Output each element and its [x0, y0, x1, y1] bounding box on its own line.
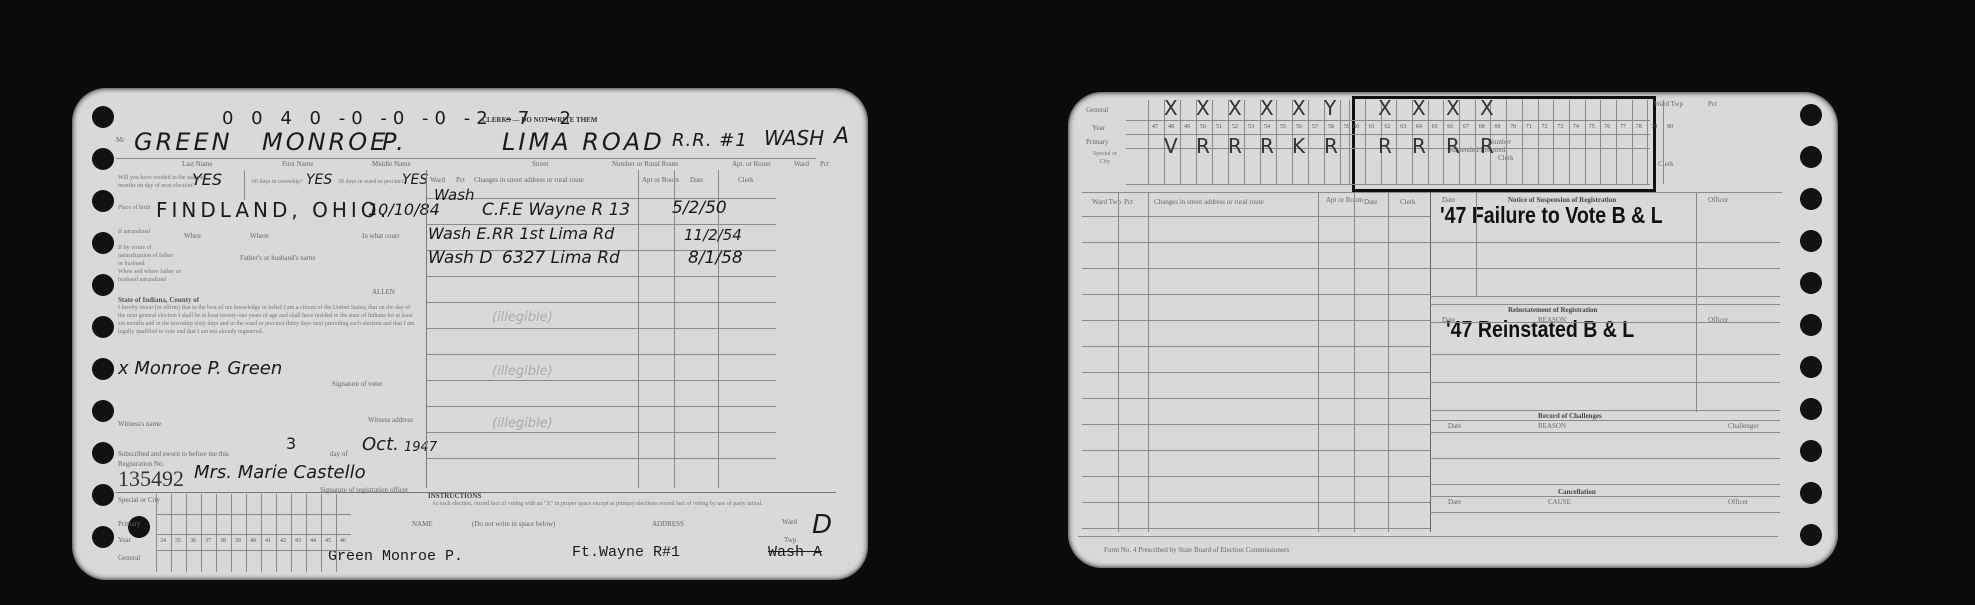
change-1-ward: Wash: [434, 186, 475, 204]
label-last-name: Last Name: [182, 160, 213, 168]
col-date: Date: [1364, 198, 1377, 206]
answer-days-ward: YES: [402, 172, 428, 188]
place-of-birth: FINDLAND, OHIO.: [156, 198, 390, 222]
oath-heading: State of Indiana, County of: [118, 296, 199, 304]
grid-label-year: Year: [1092, 124, 1105, 132]
precinct-value: A: [834, 124, 849, 149]
general-vote-mark: X: [1196, 96, 1210, 120]
primary-vote-mark: R: [1196, 134, 1210, 158]
label-witness-address: Witness address: [368, 416, 413, 424]
primary-vote-mark: K: [1292, 134, 1305, 158]
punch-hole: [92, 358, 114, 380]
faint-entry: (illegible): [492, 364, 553, 379]
cancellation-officer-label: Officer: [1728, 498, 1748, 506]
general-vote-mark: X: [1228, 96, 1242, 120]
vote-year-cell: 51: [1212, 124, 1226, 130]
registration-officer-signature: Mrs. Marie Castello: [194, 462, 366, 483]
typed-ward: Wash A: [768, 544, 822, 561]
change-1-address: C.F.E Wayne R 13: [482, 200, 630, 220]
label-middle-name: Middle Name: [372, 160, 411, 168]
change-2-date: 11/2/54: [684, 226, 742, 244]
vote-year-cell: 65: [1428, 124, 1442, 130]
punch-hole: [92, 106, 114, 128]
punch-hole: [92, 400, 114, 422]
grid-label-special: Special or City: [118, 496, 160, 504]
label-ward-twp: Ward Twp: [1654, 100, 1683, 108]
grid-label-year: Year: [118, 536, 131, 544]
label-no-write: (Do not write in space below): [472, 520, 555, 528]
vote-year-cell: 41: [261, 538, 275, 544]
grid-label-special: Special or City: [1090, 150, 1120, 166]
label-pct: Pct: [820, 160, 829, 168]
label-court: In what court: [362, 232, 399, 240]
voter-signature: x Monroe P. Green: [118, 358, 282, 379]
label-subscribed: Subscribed and sworn to before me this: [118, 450, 229, 458]
grid-label-general: General: [118, 554, 140, 562]
answer-resided-state: YES: [192, 170, 222, 189]
punch-hole: [1800, 440, 1822, 462]
primary-vote-mark: R: [1378, 134, 1392, 158]
header-instruction: CLERKS — DO NOT WRITE THEM: [482, 116, 597, 124]
change-2-ward: Wash E.: [428, 224, 492, 243]
vote-year-cell: 36: [186, 538, 200, 544]
punch-hole: [1800, 272, 1822, 294]
registration-card-front: 0 0 4 0 -0 -0 -0 -2 -7 -2 CLERKS — DO NO…: [72, 88, 868, 580]
punch-hole: [92, 148, 114, 170]
general-vote-mark: X: [1480, 96, 1494, 120]
oath-text: I hereby swear (or affirm) that to the b…: [118, 304, 418, 336]
vote-year-cell: 63: [1396, 124, 1410, 130]
challenges-reason-label: REASON: [1538, 422, 1566, 430]
first-name: MONROE: [262, 128, 388, 156]
change-3-ward: Wash D: [428, 248, 492, 268]
ward-twp-value: D: [812, 510, 832, 540]
prefix-label: Mr: [116, 136, 125, 144]
suspension-officer-label: Officer: [1708, 196, 1728, 204]
form-footer: Form No. 4 Prescribed by State Board of …: [1104, 546, 1289, 554]
registration-card-back: General Year Primary Special or City War…: [1068, 92, 1838, 568]
change-1-date: 5/2/50: [672, 198, 727, 218]
punch-hole: [1800, 104, 1822, 126]
vote-year-cell: 69: [1490, 124, 1504, 130]
vote-year-cell: 70: [1506, 124, 1520, 130]
vote-year-cell: 44: [306, 538, 320, 544]
vote-year-cell: 78: [1632, 124, 1646, 130]
general-vote-mark: X: [1260, 96, 1274, 120]
label-where: Where: [250, 232, 269, 240]
vote-year-cell: 38: [216, 538, 230, 544]
vote-year-cell: 46: [336, 538, 350, 544]
label-father-name: Father's or husband's name: [240, 254, 315, 262]
changes-clerk-label: Clerk: [738, 176, 754, 184]
oath-county: ALLEN: [372, 288, 395, 296]
vote-year-cell: 56: [1292, 124, 1306, 130]
street: LIMA ROAD: [502, 128, 665, 156]
vote-year-cell: 62: [1381, 124, 1395, 130]
punch-hole: [1800, 524, 1822, 546]
grid-label-primary: Primary: [118, 520, 141, 528]
instructions-title: INSTRUCTIONS: [428, 492, 481, 500]
suspension-entry: '47 Failure to Vote B & L: [1440, 202, 1663, 229]
label-twp: Twp: [784, 536, 796, 544]
vote-year-cell: 60: [1349, 124, 1363, 130]
vote-year-cell: 40: [246, 538, 260, 544]
primary-vote-mark: V: [1164, 134, 1178, 158]
punch-hole: [1800, 230, 1822, 252]
label-first-name: First Name: [282, 160, 313, 168]
ward-value: WASH: [764, 126, 824, 150]
change-3-date: 8/1/58: [688, 248, 743, 268]
vote-year-cell: 68: [1475, 124, 1489, 130]
punch-hole: [1800, 314, 1822, 336]
vote-year-cell: 66: [1443, 124, 1457, 130]
vote-year-cell: 71: [1522, 124, 1536, 130]
cancellation-cause-label: CAUSE: [1548, 498, 1571, 506]
col-ward-twp: Ward Twp: [1092, 198, 1121, 206]
label-witness-name: Witness's name: [118, 420, 161, 428]
vote-year-cell: 35: [171, 538, 185, 544]
col-clerk: Clerk: [1400, 198, 1416, 206]
cancellation-date-label: Date: [1448, 498, 1461, 506]
vote-year-cell: 72: [1538, 124, 1552, 130]
vote-year-cell: 80: [1663, 124, 1677, 130]
answer-days-township: YES: [306, 172, 332, 188]
punch-hole: [1800, 188, 1822, 210]
col-changes: Changes in street address or rural route: [1154, 198, 1264, 206]
vote-year-cell: 76: [1600, 124, 1614, 130]
vote-year-cell: 34: [156, 538, 170, 544]
vote-year-cell: 45: [321, 538, 335, 544]
primary-vote-mark: R: [1480, 134, 1494, 158]
challenges-challenger-label: Challenger: [1728, 422, 1759, 430]
general-vote-mark: X: [1164, 96, 1178, 120]
subscribed-year: 1947: [404, 440, 437, 455]
vote-year-cell: 53: [1244, 124, 1258, 130]
vote-year-cell: 58: [1324, 124, 1338, 130]
grid-label-general: General: [1086, 106, 1108, 114]
punch-hole: [92, 190, 114, 212]
col-pct: Pct: [1124, 198, 1133, 206]
vote-year-cell: 55: [1276, 124, 1290, 130]
reinstatement-entry: '47 Reinstated B & L: [1446, 316, 1634, 343]
label-when: When: [184, 232, 201, 240]
rural-route: R.R. #1: [672, 130, 748, 151]
label-pct: Pct: [1708, 100, 1717, 108]
vote-year-cell: 42: [276, 538, 290, 544]
vote-year-cell: 74: [1569, 124, 1583, 130]
punch-hole: [92, 484, 114, 506]
general-vote-mark: X: [1292, 96, 1306, 120]
punch-hole: [92, 232, 114, 254]
vote-year-cell: 39: [231, 538, 245, 544]
label-clerk-top: Clerk: [1658, 160, 1674, 168]
subscribed-day: 3: [286, 434, 296, 453]
vote-year-cell: 52: [1228, 124, 1242, 130]
punch-hole: [92, 442, 114, 464]
general-vote-mark: X: [1412, 96, 1426, 120]
label-day-of: day of: [330, 450, 348, 458]
label-place-of-birth: Place of birth: [118, 204, 158, 212]
challenges-title: Record of Challenges: [1538, 412, 1602, 420]
last-name: GREEN: [134, 128, 233, 156]
general-vote-mark: X: [1378, 96, 1392, 120]
label-signature-voter: Signature of voter: [332, 380, 383, 388]
changes-ward-label: Ward: [430, 176, 445, 184]
birth-date: 10/10/84: [368, 200, 440, 219]
vote-year-cell: 48: [1164, 124, 1178, 130]
grid-label-primary: Primary: [1086, 138, 1109, 146]
middle-name: P.: [382, 128, 407, 156]
primary-vote-mark: R: [1412, 134, 1426, 158]
vote-year-cell: 64: [1412, 124, 1426, 130]
label-apt: Apt. or Room: [732, 160, 771, 168]
typed-address: Ft.Wayne R#1: [572, 544, 680, 561]
primary-vote-mark: R: [1324, 134, 1338, 158]
instructions-text: At each election, record fact of voting …: [432, 500, 822, 508]
vote-year-cell: 37: [201, 538, 215, 544]
challenges-date-label: Date: [1448, 422, 1461, 430]
reinstatement-title: Reinstatement of Registration: [1508, 306, 1597, 314]
col-apt: Apt or Room: [1326, 196, 1363, 204]
punch-hole: [92, 526, 114, 548]
changes-pct-label: Pct: [456, 176, 465, 184]
vote-year-cell: 43: [291, 538, 305, 544]
changes-date-label: Date: [690, 176, 703, 184]
label-street: Street: [532, 160, 548, 168]
primary-vote-mark: R: [1446, 134, 1460, 158]
general-vote-mark: Y: [1324, 96, 1336, 120]
label-days-ward: 30 days in ward or precinct?: [338, 178, 412, 186]
change-3-address: 6327 Lima Rd: [502, 248, 620, 268]
faint-entry: (illegible): [492, 416, 553, 431]
primary-vote-mark: R: [1228, 134, 1242, 158]
label-naturalized: If naturalized: [118, 228, 158, 236]
vote-year-cell: 54: [1260, 124, 1274, 130]
punch-hole: [1800, 398, 1822, 420]
label-when-where-father: When and where father or husband natural…: [118, 268, 184, 284]
change-2-address: RR 1st Lima Rd: [492, 224, 614, 243]
punch-hole: [1800, 146, 1822, 168]
faint-entry: (illegible): [492, 310, 553, 325]
primary-vote-mark: R: [1260, 134, 1274, 158]
label-number-route: Number or Rural Route: [612, 160, 678, 168]
vote-year-cell: 77: [1616, 124, 1630, 130]
punch-hole: [92, 316, 114, 338]
subscribed-month: Oct.: [362, 434, 399, 455]
punch-hole: [1800, 356, 1822, 378]
changes-header: Changes in street address or rural route: [474, 176, 584, 184]
label-days-township: 60 days in township?: [252, 178, 312, 186]
vote-year-cell: 49: [1180, 124, 1194, 130]
label-address: ADDRESS: [652, 520, 684, 528]
vote-year-cell: 57: [1308, 124, 1322, 130]
vote-year-cell: 73: [1553, 124, 1567, 130]
vote-year-cell: 79: [1647, 124, 1661, 130]
label-name: NAME: [412, 520, 433, 528]
punch-hole: [92, 274, 114, 296]
vote-year-cell: 67: [1459, 124, 1473, 130]
vote-year-cell: 47: [1148, 124, 1162, 130]
vote-year-cell: 61: [1365, 124, 1379, 130]
vote-year-cell: 75: [1585, 124, 1599, 130]
label-ward: Ward: [794, 160, 809, 168]
vote-year-cell: 50: [1196, 124, 1210, 130]
punch-hole: [1800, 482, 1822, 504]
general-vote-mark: X: [1446, 96, 1460, 120]
label-father-nat: If by virtue of naturalization of father…: [118, 244, 178, 268]
registration-number: 135492: [118, 466, 184, 492]
label-ward-bottom: Ward: [782, 518, 797, 526]
cancellation-title: Cancellation: [1558, 488, 1596, 496]
